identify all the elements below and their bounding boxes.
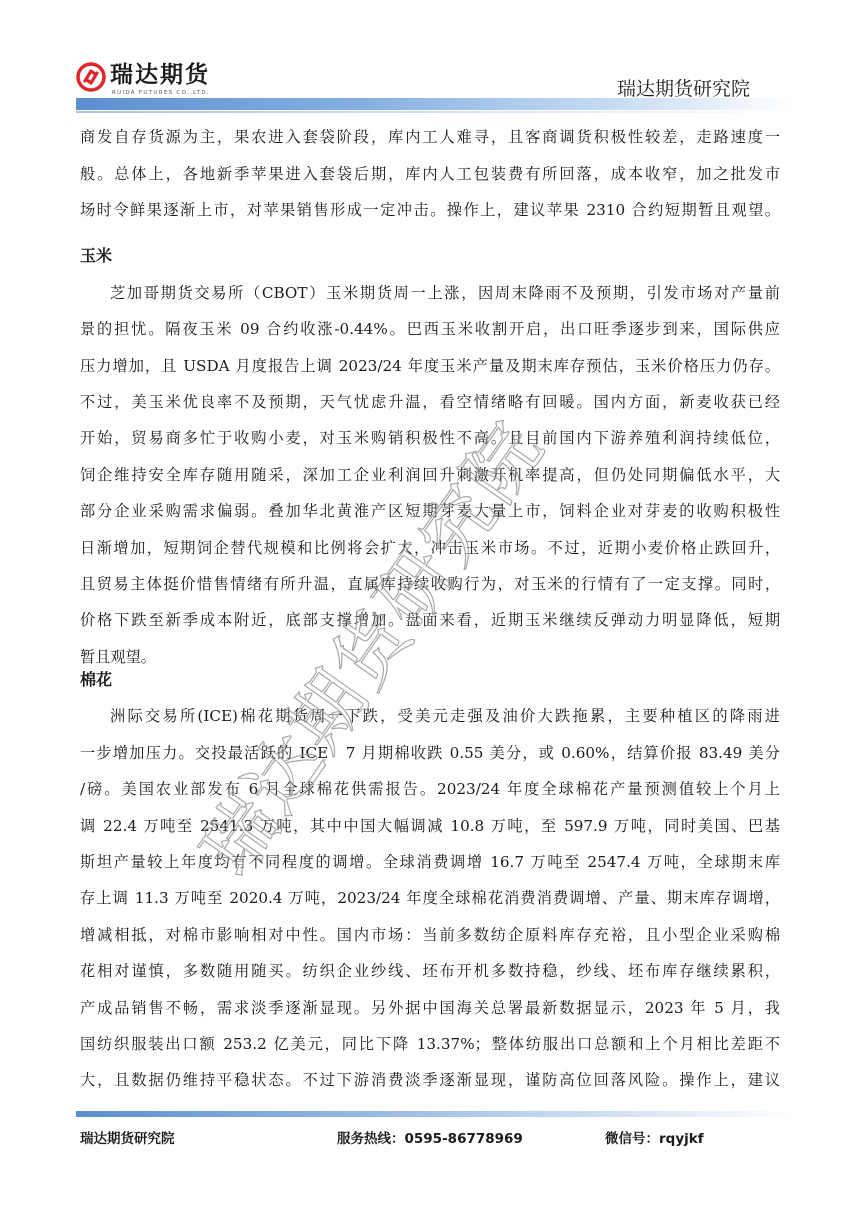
logo-text-cn: 瑞达期货: [110, 60, 210, 90]
corn-line: 开始，贸易商多忙于收购小麦，对玉米购销积极性不高。且目前国内下游养殖利润持续低位…: [80, 428, 780, 448]
corn-line: 景的担忧。隔夜玉米 09 合约收涨-0.44%。巴西玉米收割开启，出口旺季逐步到…: [80, 319, 780, 339]
intro-line: 场时令鲜果逐渐上市，对苹果销售形成一定冲击。操作上，建议苹果 2310 合约短期…: [80, 200, 780, 220]
section-heading-corn: 玉米: [80, 246, 112, 266]
document-page: 瑞达期货 RUIDA FUTURES CO.,LTD. 瑞达期货研究院 商发自存…: [0, 0, 860, 1217]
corn-line: 暂且观望。: [80, 647, 780, 667]
company-logo: 瑞达期货 RUIDA FUTURES CO.,LTD.: [76, 60, 236, 98]
corn-line: 部分企业采购需求偏弱。叠加华北黄淮产区短期芽麦大量上市，饲料企业对芽麦的收购积极…: [80, 501, 780, 521]
intro-line: 商发自存货源为主，果农进入套袋阶段，库内工人难寻，且客商调货积极性较差，走路速度…: [80, 127, 780, 147]
footer-wechat: 微信号：rqyjkf: [605, 1127, 704, 1147]
logo-text-en: RUIDA FUTURES CO.,LTD.: [112, 90, 210, 96]
cotton-line: /磅。美国农业部发布 6 月全球棉花供需报告。2023/24 年度全球棉花产量预…: [80, 779, 780, 799]
cotton-line: 产成品销售不畅，需求淡季逐渐显现。另外据中国海关总署最新数据显示，2023 年 …: [80, 998, 780, 1018]
header-divider: [76, 98, 796, 110]
cotton-line: 增减相抵，对棉市影响相对中性。国内市场：当前多数纺企原料库存充裕，且小型企业采购…: [80, 925, 780, 945]
logo-mark-icon: [76, 62, 106, 92]
cotton-line: 国纺织服装出口额 253.2 亿美元，同比下降 13.37%；整体纺服出口总额和…: [80, 1034, 780, 1054]
corn-line: 压力增加，且 USDA 月度报告上调 2023/24 年度玉米产量及期末库存预估…: [80, 356, 780, 376]
corn-line: 日渐增加，短期饲企替代规模和比例将会扩大，冲击玉米市场。不过，近期小麦价格止跌回…: [80, 538, 780, 558]
intro-line: 般。总体上，各地新季苹果进入套袋后期，库内人工包装费有所回落，成本收窄，加之批发…: [80, 164, 780, 184]
footer-hotline: 服务热线：0595-86778969: [337, 1127, 523, 1147]
corn-line: 芝加哥期货交易所（CBOT）玉米期货周一上涨，因周末降雨不及预期，引发市场对产量…: [110, 283, 780, 303]
cotton-line: 调 22.4 万吨至 2541.3 万吨，其中中国大幅调减 10.8 万吨，至 …: [80, 816, 780, 836]
section-heading-cotton: 棉花: [80, 670, 112, 690]
cotton-line: 存上调 11.3 万吨至 2020.4 万吨，2023/24 年度全球棉花消费消…: [80, 888, 780, 908]
corn-line: 且贸易主体挺价惜售情绪有所升温，直属库持续收购行为，对玉米的行情有了一定支撑。同…: [80, 574, 780, 594]
footer-org: 瑞达期货研究院: [80, 1127, 175, 1147]
cotton-line: 大，且数据仍维持平稳状态。不过下游消费淡季逐渐显现，谨防高位回落风险。操作上，建…: [80, 1070, 780, 1090]
cotton-line: 洲际交易所(ICE)棉花期货周一下跌，受美元走强及油价大跌拖累，主要种植区的降雨…: [110, 706, 780, 726]
cotton-line: 花相对谨慎，多数随用随买。纺织企业纱线、坯布开机多数持稳，纱线、坯布库存继续累积…: [80, 961, 780, 981]
corn-line: 饲企维持安全库存随用随采，深加工企业利润回升刺激开机率提高，但仍处同期偏低水平，…: [80, 465, 780, 485]
cotton-line: 斯坦产量较上年度均有不同程度的调增。全球消费调增 16.7 万吨至 2547.4…: [80, 852, 780, 872]
corn-line: 价格下跌至新季成本附近，底部支撑增加。盘面来看，近期玉米继续反弹动力明显降低，短…: [80, 610, 780, 630]
header-title: 瑞达期货研究院: [617, 74, 750, 101]
header-divider-line: [76, 111, 796, 113]
footer-divider: [76, 1111, 796, 1117]
cotton-line: 一步增加压力。交投最活跃的 ICE 7 月期棉收跌 0.55 美分，或 0.60…: [80, 743, 780, 763]
corn-line: 不过，美玉米优良率不及预期，天气忧虑升温，看空情绪略有回暖。国内方面，新麦收获已…: [80, 392, 780, 412]
